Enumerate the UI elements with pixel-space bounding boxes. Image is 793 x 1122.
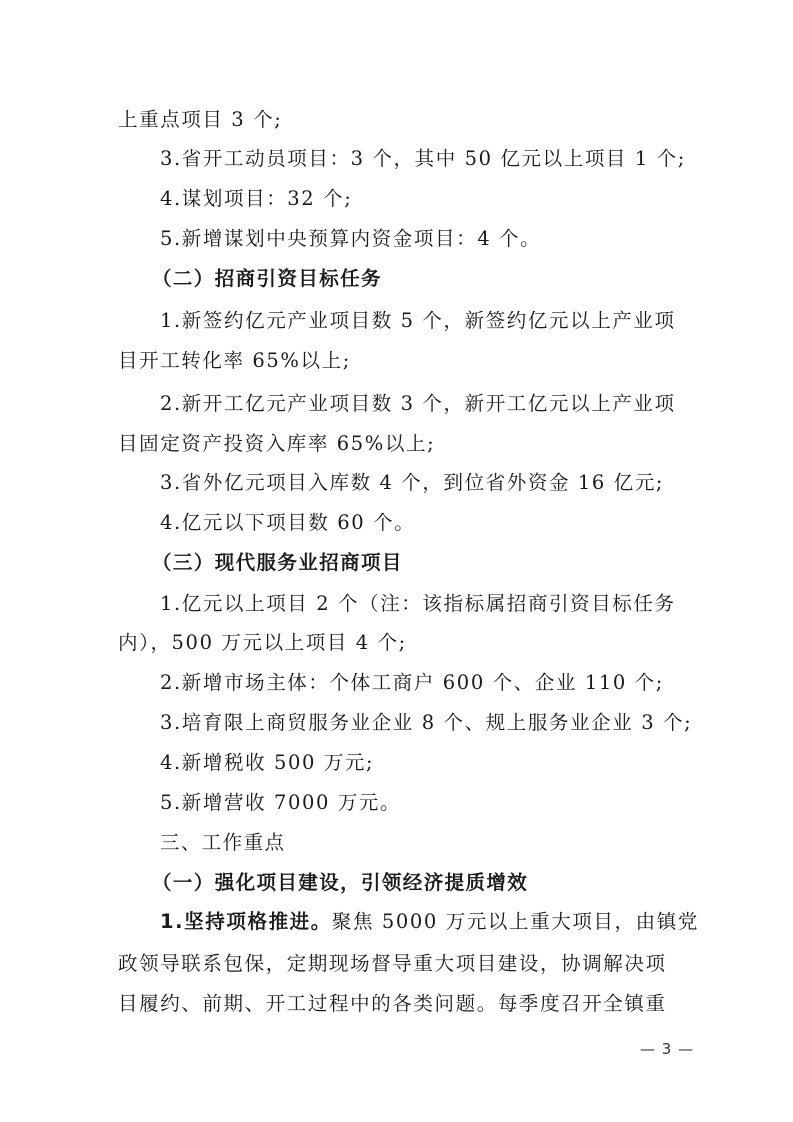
list-item: 4.新增税收 500 万元; [160, 750, 732, 776]
document-page: 上重点项目 3 个; 3.省开工动员项目：3 个，其中 50 亿元以上项目 1 … [0, 0, 793, 1122]
page-number: — 3 — [640, 1040, 694, 1058]
list-item: 3.培育限上商贸服务业企业 8 个、规上服务业企业 3 个; [160, 710, 732, 736]
list-item: 3.省外亿元项目入库数 4 个，到位省外资金 16 亿元; [160, 470, 732, 496]
list-item: 1.新签约亿元产业项目数 5 个，新签约亿元以上产业项 [160, 308, 732, 334]
paragraph-lead: 1.坚持项格推进。 [160, 910, 332, 933]
paragraph-line: 内），500 万元以上项目 4 个; [118, 630, 690, 656]
paragraph-text: 聚焦 5000 万元以上重大项目，由镇党 [332, 910, 699, 933]
paragraph-line: 政领导联系包保，定期现场督导重大项目建设，协调解决项 [118, 951, 690, 977]
paragraph-line: 上重点项目 3 个; [118, 107, 690, 133]
list-item: 1.亿元以上项目 2 个（注：该指标属招商引资目标任务 [160, 591, 732, 617]
paragraph-line: 1.坚持项格推进。聚焦 5000 万元以上重大项目，由镇党 [160, 909, 732, 935]
paragraph-line: 目履约、前期、开工过程中的各类问题。每季度召开全镇重 [118, 991, 690, 1017]
paragraph-line: 目固定资产投资入库率 65%以上; [118, 431, 690, 457]
paragraph-line: 目开工转化率 65%以上; [118, 348, 690, 374]
list-item: 2.新增市场主体：个体工商户 600 个、企业 110 个; [160, 670, 732, 696]
list-item: 3.省开工动员项目：3 个，其中 50 亿元以上项目 1 个; [160, 146, 732, 172]
list-item: 2.新开工亿元产业项目数 3 个，新开工亿元以上产业项 [160, 391, 732, 417]
list-item: 4.亿元以下项目数 60 个。 [160, 510, 732, 536]
chapter-heading: 三、工作重点 [160, 830, 732, 856]
list-item: 5.新增谋划中央预算内资金项目：4 个。 [160, 226, 732, 252]
list-item: 4.谋划项目：32 个; [160, 186, 732, 212]
list-item: 5.新增营收 7000 万元。 [160, 790, 732, 816]
section-heading: （二）招商引资目标任务 [152, 266, 724, 292]
section-heading: （一）强化项目建设，引领经济提质增效 [152, 870, 724, 896]
section-heading: （三）现代服务业招商项目 [152, 550, 724, 576]
